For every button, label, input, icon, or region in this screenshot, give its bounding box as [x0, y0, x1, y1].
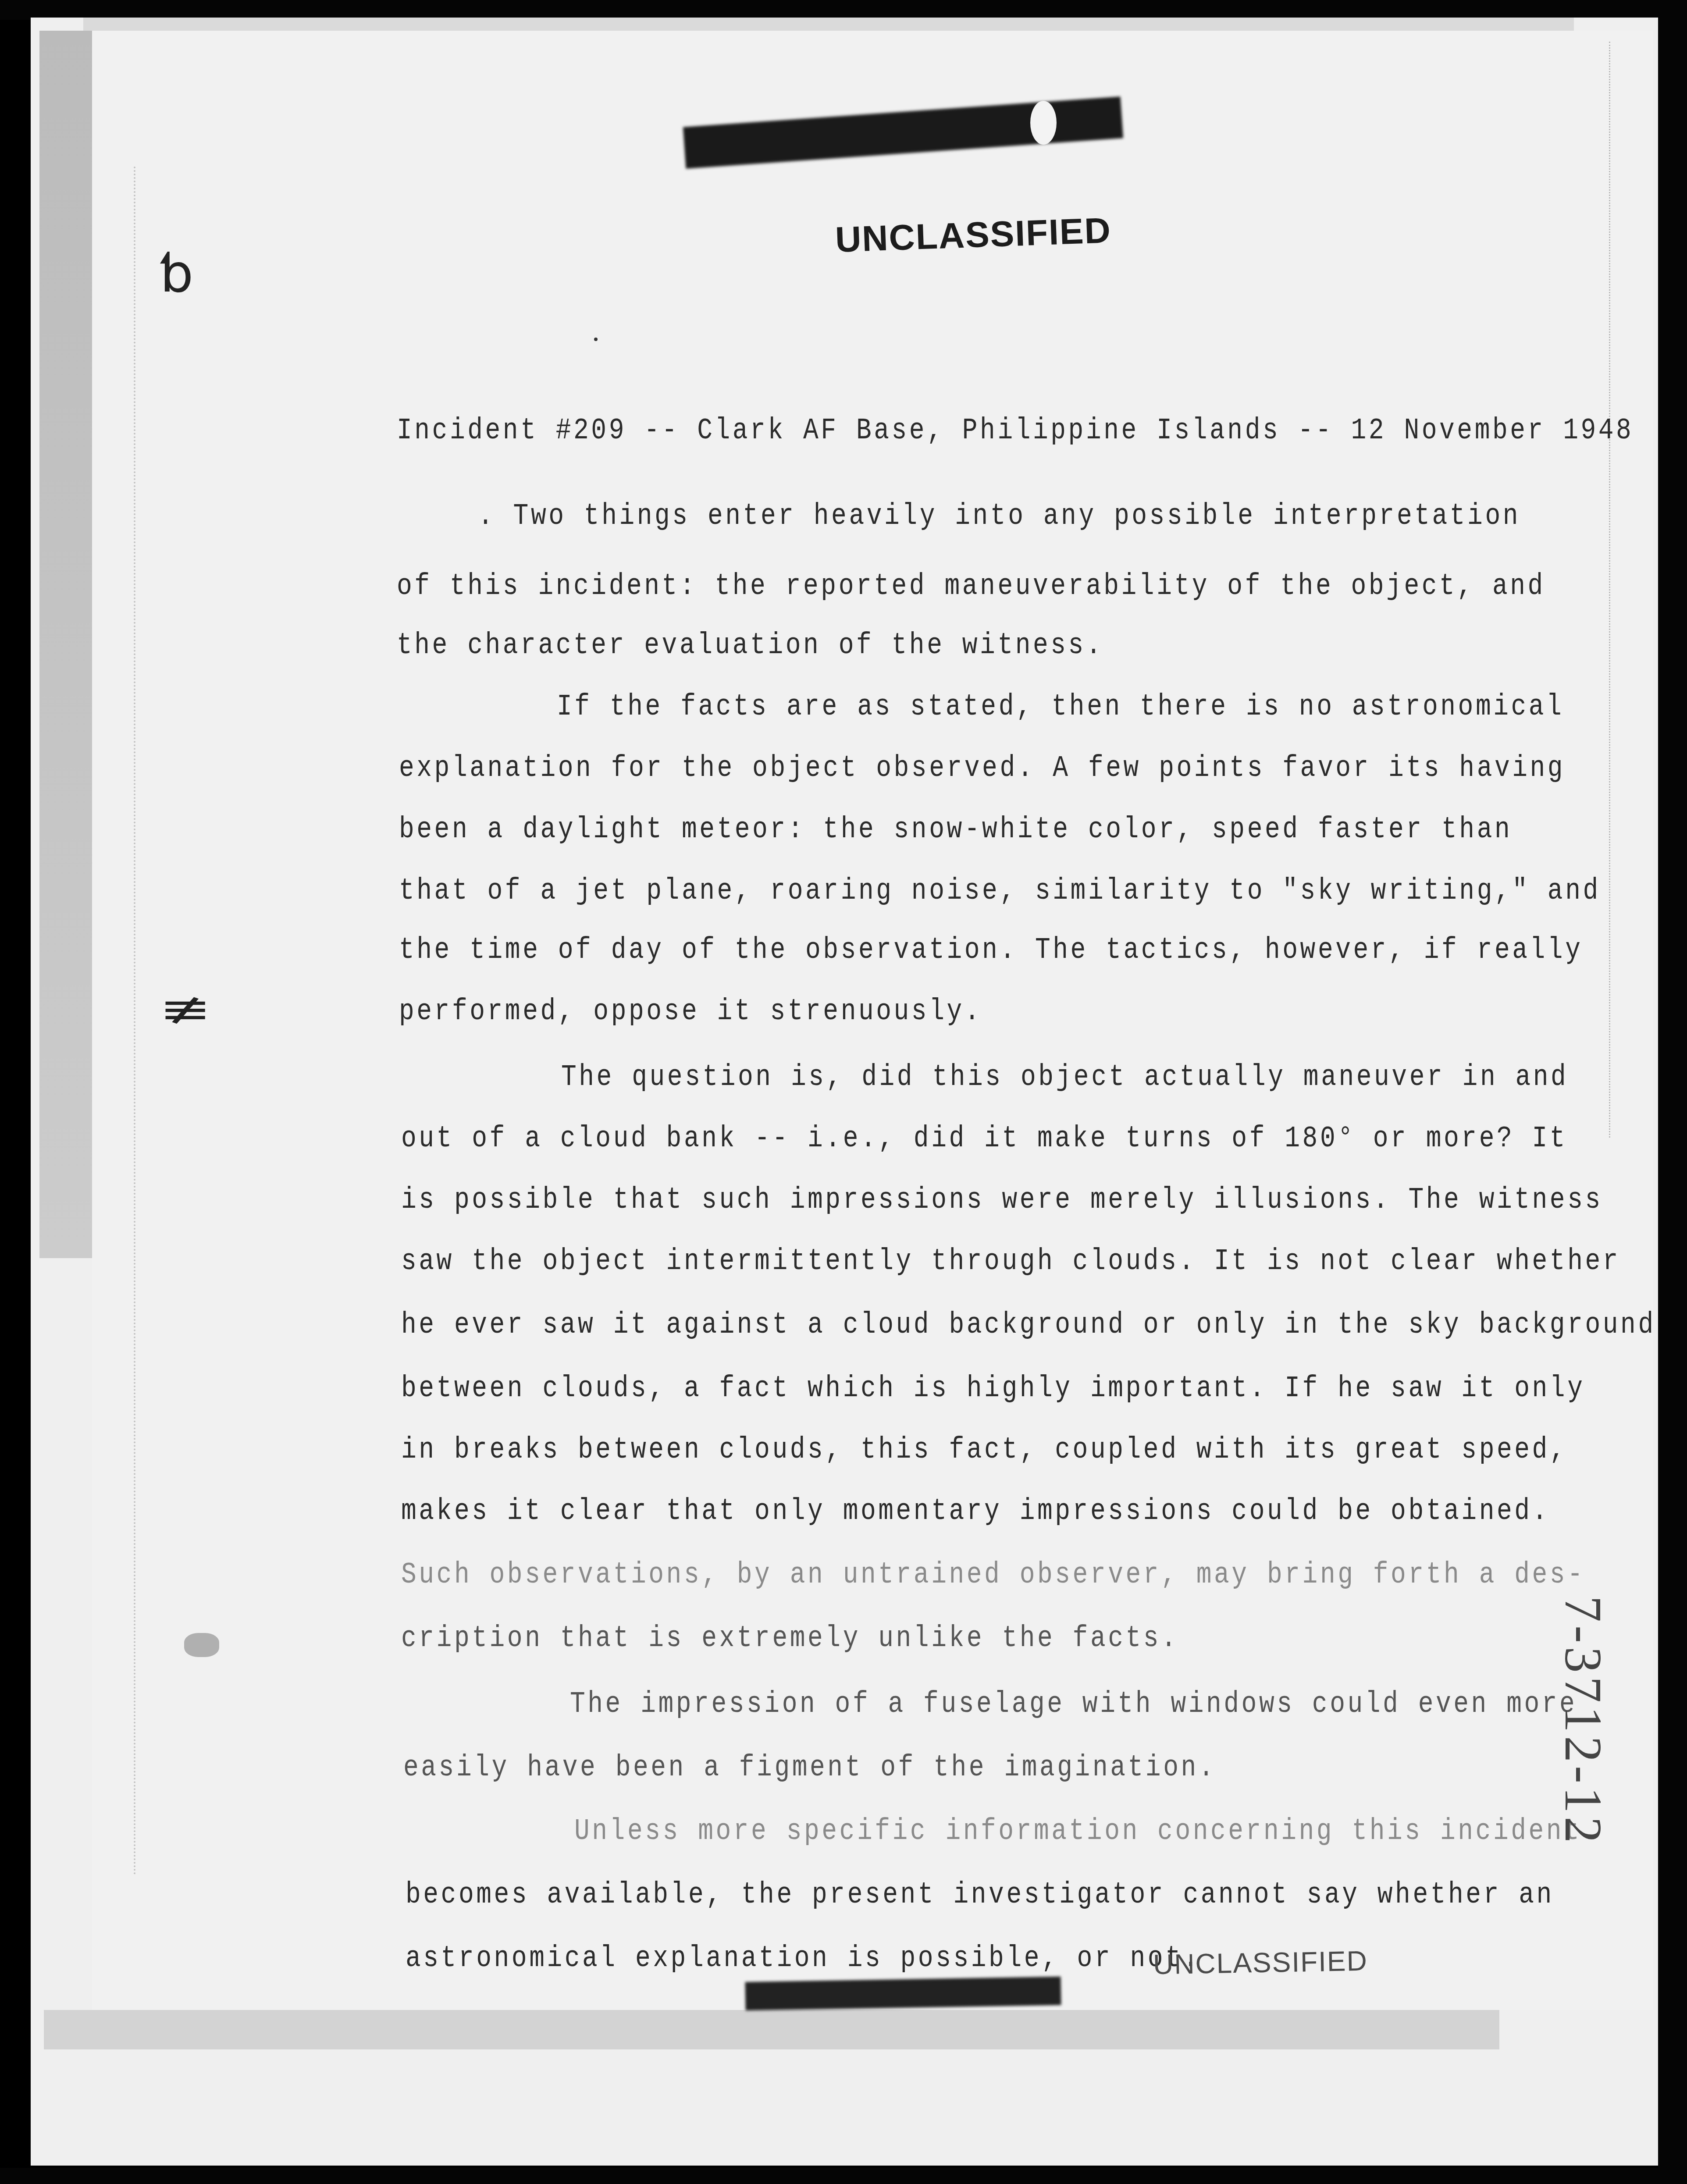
paragraph-3-line-4: saw the object intermittently through cl… — [401, 1245, 1620, 1279]
paragraph-3-line-8: makes it clear that only momentary impre… — [401, 1495, 1550, 1529]
paragraph-2-line-3: been a daylight meteor: the snow-white c… — [399, 813, 1512, 847]
paragraph-3-line-7: in breaks between clouds, this fact, cou… — [401, 1433, 1567, 1467]
document-heading: Incident #209 -- Clark AF Base, Philippi… — [397, 414, 1634, 448]
redacted-stamp-top — [683, 96, 1123, 169]
paragraph-1-line-2: of this incident: the reported maneuvera… — [397, 570, 1545, 604]
paragraph-5-line-3: astronomical explanation is possible, or… — [406, 1942, 1201, 1976]
paragraph-4-line-2: easily have been a figment of the imagin… — [403, 1751, 1216, 1785]
binder-hole-mark-top: ƅ — [160, 243, 193, 304]
paragraph-3-line-10: cription that is extremely unlike the fa… — [401, 1622, 1178, 1656]
punch-hole-top — [1030, 101, 1057, 145]
paragraph-3-line-5: he ever saw it against a cloud backgroun… — [401, 1309, 1656, 1342]
paragraph-5-line-1: Unless more specific information concern… — [574, 1815, 1581, 1849]
binding-perforation-left — [134, 167, 137, 1876]
paragraph-3-line-9: Such observations, by an untrained obser… — [401, 1558, 1585, 1592]
paragraph-2-line-1: If the facts are as stated, then there i… — [557, 690, 1564, 724]
paragraph-3-line-6: between clouds, a fact which is highly i… — [401, 1372, 1585, 1406]
classification-stamp-top: UNCLASSIFIED — [835, 210, 1112, 261]
paragraph-3-line-3: is possible that such impressions were m… — [401, 1184, 1603, 1217]
paragraph-5-line-2: becomes available, the present investiga… — [406, 1878, 1554, 1912]
redacted-stamp-bottom — [745, 1977, 1061, 2011]
fold-mark-right — [1609, 42, 1612, 1138]
margin-handwritten-reference: 7-3712-12 — [1553, 1596, 1613, 1846]
paragraph-4-line-1: The impression of a fuselage with window… — [570, 1688, 1577, 1722]
speck — [594, 338, 598, 341]
paragraph-2-line-5: the time of day of the observation. The … — [399, 934, 1583, 968]
binder-hole-mark-bottom — [184, 1633, 219, 1657]
document-content: UNCLASSIFIED ƅ ≢ Incident #209 -- Clark … — [0, 0, 1687, 2184]
paragraph-2-line-6: performed, oppose it strenuously. — [399, 995, 982, 1029]
paragraph-1-line-1: . Two things enter heavily into any poss… — [478, 500, 1520, 534]
paragraph-1-line-3: the character evaluation of the witness. — [397, 629, 1103, 663]
paragraph-3-line-2: out of a cloud bank -- i.e., did it make… — [401, 1122, 1567, 1156]
paragraph-3-line-1: The question is, did this object actuall… — [561, 1061, 1568, 1095]
paragraph-2-line-2: explanation for the object observed. A f… — [399, 752, 1565, 786]
binder-hole-mark-middle: ≢ — [159, 986, 212, 1032]
classification-stamp-bottom: UNCLASSIFIED — [1153, 1945, 1368, 1981]
paragraph-2-line-4: that of a jet plane, roaring noise, simi… — [399, 875, 1601, 908]
